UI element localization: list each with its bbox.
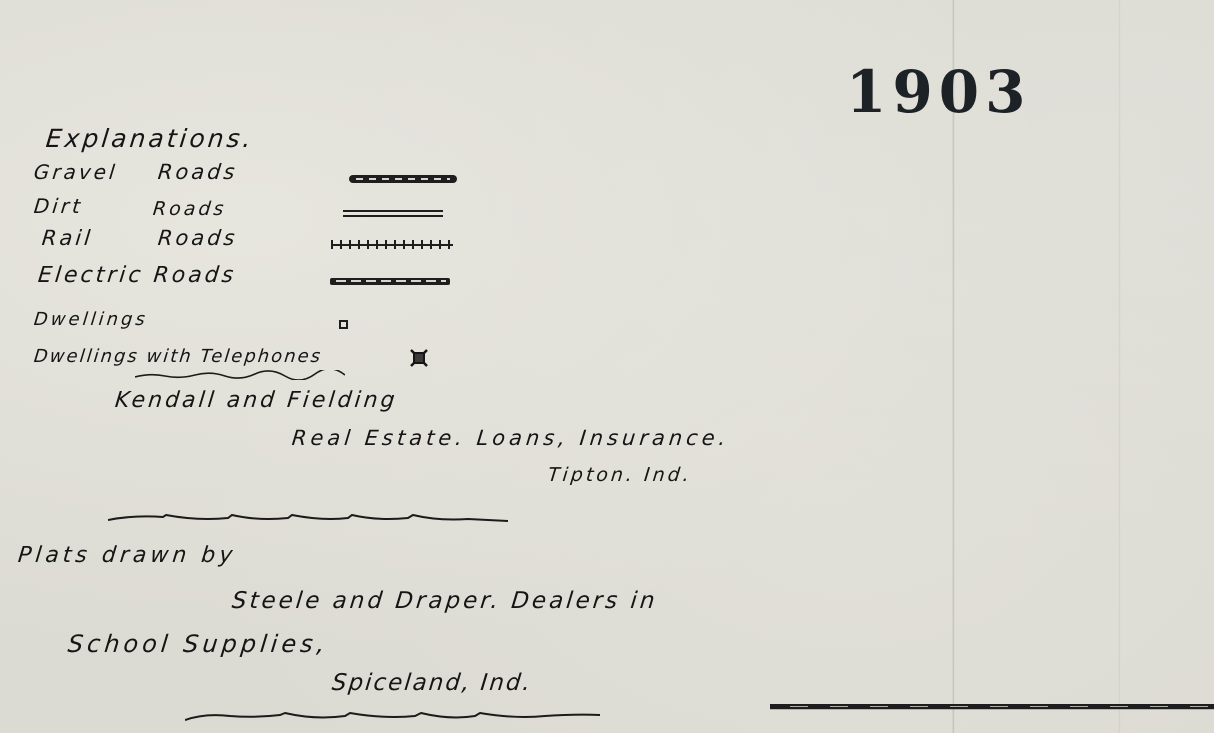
legend-label-dwellings: Dwellings bbox=[33, 309, 149, 330]
railroad-symbol bbox=[331, 240, 453, 248]
credits-location: Spiceland, Ind. bbox=[331, 670, 534, 696]
legend-label-dirt: Dirt bbox=[33, 194, 85, 218]
map-border-rule-highlight bbox=[790, 706, 1214, 707]
dwelling-telephone-icon bbox=[410, 349, 428, 367]
map-year: 1903 bbox=[846, 58, 1031, 126]
gravel-road-symbol-dashes bbox=[356, 178, 450, 180]
legend-label-gravel: Gravel bbox=[33, 160, 119, 184]
legend-label-electric-roads: Electric Roads bbox=[37, 263, 238, 288]
legend-label-rail: Rail bbox=[41, 226, 95, 250]
legend-label-gravel-roads: Roads bbox=[157, 160, 239, 184]
dirt-road-symbol bbox=[343, 210, 443, 217]
wavy-underline-decoration bbox=[135, 370, 345, 380]
wavy-divider-decoration bbox=[108, 509, 508, 525]
credits-line-2: School Supplies, bbox=[67, 630, 330, 658]
legend-label-rail-roads: Roads bbox=[157, 226, 239, 250]
legend-label-dirt-roads: Roads bbox=[152, 198, 228, 220]
publisher-business: Real Estate. Loans, Insurance. bbox=[291, 426, 731, 450]
publisher-location: Tipton. Ind. bbox=[547, 464, 693, 486]
wavy-bottom-divider-decoration bbox=[185, 708, 605, 724]
credits-intro: Plats drawn by bbox=[17, 543, 238, 568]
dwelling-square-icon bbox=[339, 320, 348, 329]
paper-fold-crease-secondary bbox=[1118, 0, 1121, 733]
railroad-symbol-ties bbox=[331, 240, 453, 249]
legend-title: Explanations. bbox=[44, 124, 255, 153]
legend-label-dwellings-telephones: Dwellings with Telephones bbox=[33, 346, 323, 367]
publisher-name: Kendall and Fielding bbox=[114, 388, 399, 413]
credits-line-1: Steele and Draper. Dealers in bbox=[231, 588, 659, 614]
electric-road-symbol-dashes bbox=[336, 280, 446, 282]
